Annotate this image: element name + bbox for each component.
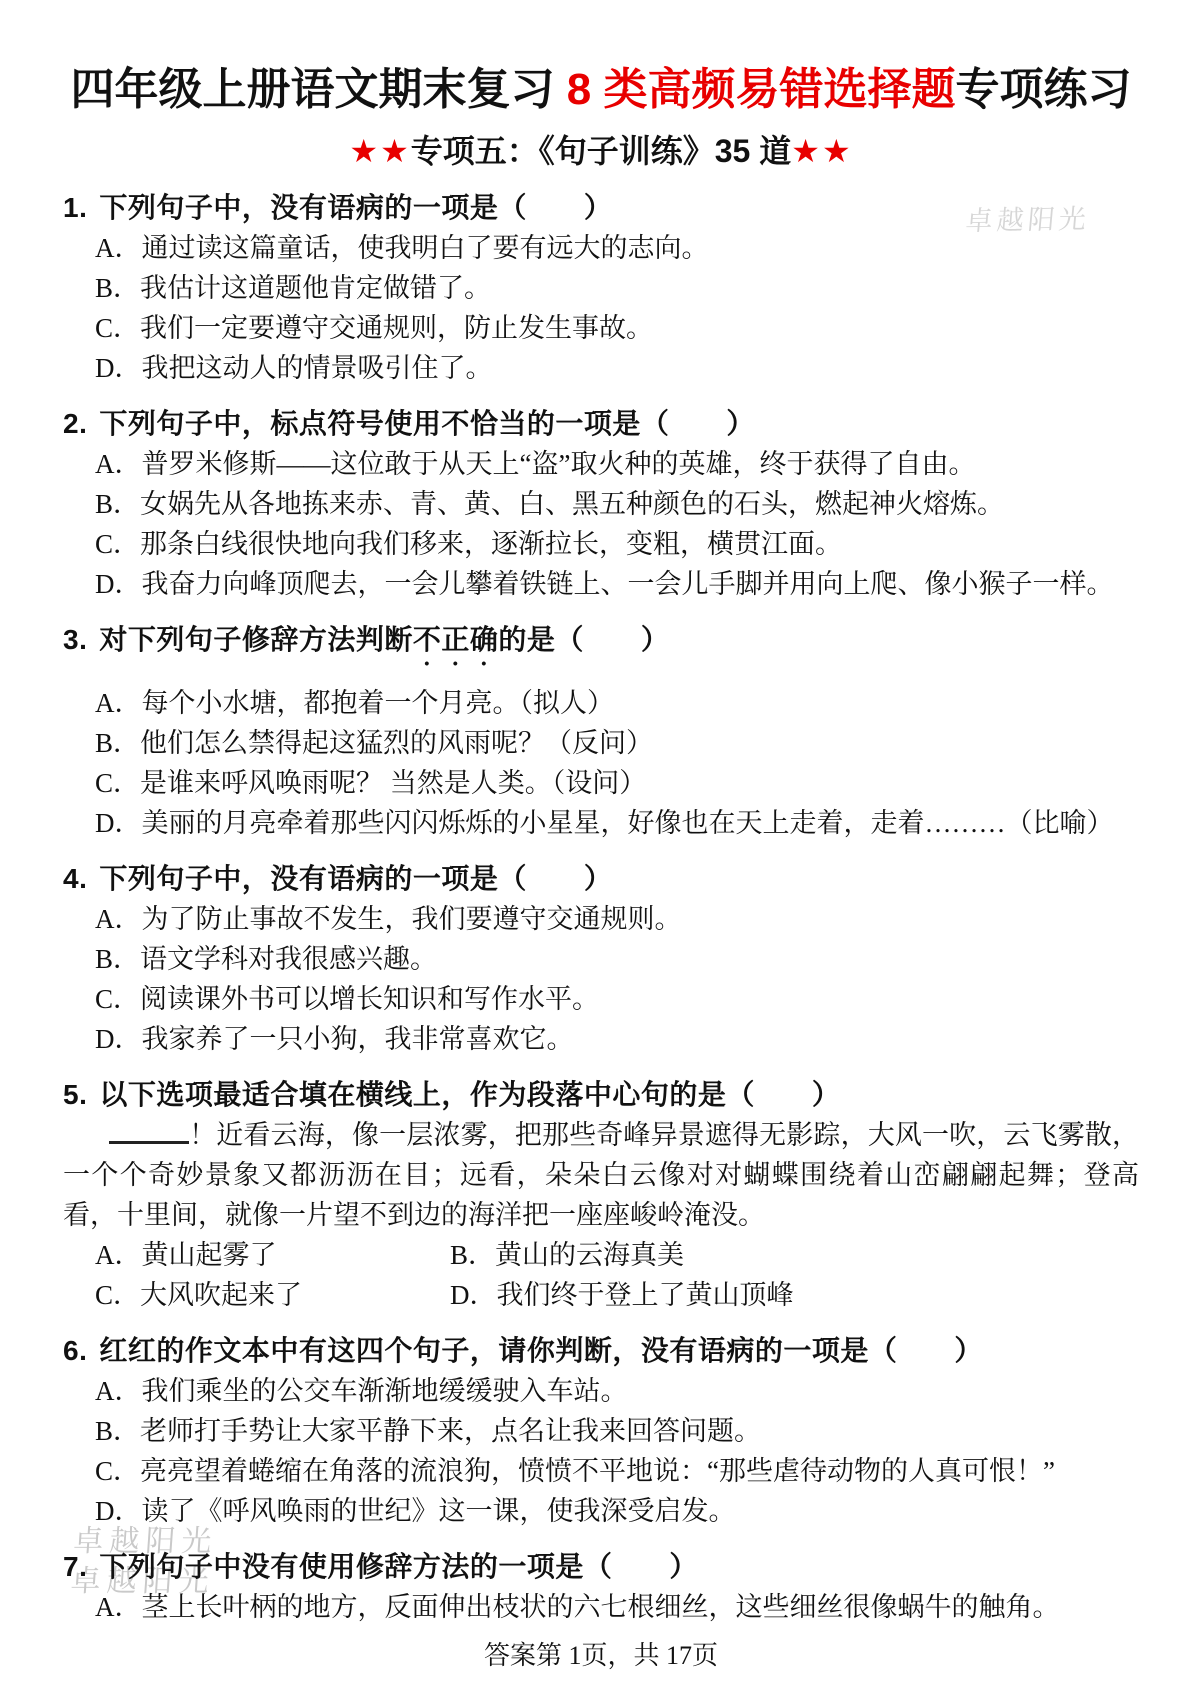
option: A．通过读这篇童话，使我明白了要有远大的志向。 bbox=[95, 228, 1139, 268]
question-6-stem: 6.红红的作文本中有这四个句子，请你判断，没有语病的一项是（ ） bbox=[63, 1331, 1139, 1371]
blank-line bbox=[109, 1117, 189, 1144]
option: A．我们乘坐的公交车渐渐地缓缓驶入车站。 bbox=[95, 1371, 1139, 1411]
option: B．语文学科对我很感兴趣。 bbox=[95, 939, 1139, 979]
option: C．我们一定要遵守交通规则，防止发生事故。 bbox=[95, 308, 1139, 348]
question-4: 4.下列句子中，没有语病的一项是（ ） A．为了防止事故不发生，我们要遵守交通规… bbox=[63, 859, 1139, 1059]
question-1-options: A．通过读这篇童话，使我明白了要有远大的志向。 B．我估计这道题他肯定做错了。 … bbox=[63, 228, 1139, 388]
question-1: 1.下列句子中，没有语病的一项是（ ） A．通过读这篇童话，使我明白了要有远大的… bbox=[63, 188, 1139, 388]
question-stem-text-emphasized: 不正确 bbox=[413, 624, 499, 655]
option: D．我奋力向峰顶爬去，一会儿攀着铁链上、一会儿手脚并用向上爬、像小猴子一样。 bbox=[95, 564, 1139, 604]
option: C．亮亮望着蜷缩在角落的流浪狗，愤愤不平地说：“那些虐待动物的人真可恨！” bbox=[95, 1451, 1139, 1491]
title-left: 四年级上册语文期末复习 bbox=[71, 65, 567, 114]
question-7: 7.下列句子中没有使用修辞方法的一项是（ ） A．茎上长叶柄的地方，反面伸出枝状… bbox=[63, 1547, 1139, 1627]
question-stem-text: 以下选项最适合填在横线上，作为段落中心句的是（ ） bbox=[99, 1079, 840, 1110]
option: D．我们终于登上了黄山顶峰 bbox=[450, 1275, 1139, 1315]
option: C．那条白线很快地向我们移来，逐渐拉长，变粗，横贯江面。 bbox=[95, 524, 1139, 564]
option: D．我家养了一只小狗，我非常喜欢它。 bbox=[95, 1019, 1139, 1059]
option: B．老师打手势让大家平静下来，点名让我来回答问题。 bbox=[95, 1411, 1139, 1451]
option: C．阅读课外书可以增长知识和写作水平。 bbox=[95, 979, 1139, 1019]
question-6: 6.红红的作文本中有这四个句子，请你判断，没有语病的一项是（ ） A．我们乘坐的… bbox=[63, 1331, 1139, 1531]
option: A．为了防止事故不发生，我们要遵守交通规则。 bbox=[95, 899, 1139, 939]
question-2-stem: 2.下列句子中，标点符号使用不恰当的一项是（ ） bbox=[63, 404, 1139, 444]
option: D．我把这动人的情景吸引住了。 bbox=[95, 348, 1139, 388]
question-7-options: A．茎上长叶柄的地方，反面伸出枝状的六七根细丝，这些细丝很像蜗牛的触角。 bbox=[63, 1587, 1139, 1627]
question-5-paragraph: ！近看云海，像一层浓雾，把那些奇峰异景遮得无影踪，大风一吹，云飞雾散，一个个奇妙… bbox=[63, 1115, 1139, 1235]
paragraph-text: ！近看云海，像一层浓雾，把那些奇峰异景遮得无影踪，大风一吹，云飞雾散，一个个奇妙… bbox=[63, 1120, 1139, 1230]
question-stem-text: 下列句子中，没有语病的一项是（ ） bbox=[99, 192, 612, 223]
subtitle-text: 专项五：《句子训练》35 道 bbox=[411, 133, 792, 169]
title-right: 专项练习 bbox=[955, 65, 1131, 114]
question-5-stem: 5.以下选项最适合填在横线上，作为段落中心句的是（ ） bbox=[63, 1075, 1139, 1115]
question-5-options: A．黄山起雾了 B．黄山的云海真美 C．大风吹起来了 D．我们终于登上了黄山顶峰 bbox=[63, 1235, 1139, 1315]
stars-right-icon: ★★ bbox=[791, 133, 852, 169]
question-3: 3.对下列句子修辞方法判断不正确的是（ ） A．每个小水塘，都抱着一个月亮。（拟… bbox=[63, 620, 1139, 843]
question-2: 2.下列句子中，标点符号使用不恰当的一项是（ ） A．普罗米修斯——这位敢于从天… bbox=[63, 404, 1139, 604]
option: A．普罗米修斯——这位敢于从天上“盗”取火种的英雄，终于获得了自由。 bbox=[95, 444, 1139, 484]
question-4-options: A．为了防止事故不发生，我们要遵守交通规则。 B．语文学科对我很感兴趣。 C．阅… bbox=[63, 899, 1139, 1059]
question-3-options: A．每个小水塘，都抱着一个月亮。（拟人） B．他们怎么禁得起这猛烈的风雨呢？（反… bbox=[63, 683, 1139, 843]
question-6-options: A．我们乘坐的公交车渐渐地缓缓驶入车站。 B．老师打手势让大家平静下来，点名让我… bbox=[63, 1371, 1139, 1531]
title-red-segment: 8 类高频易错选择题 bbox=[567, 65, 956, 114]
option: B．黄山的云海真美 bbox=[450, 1235, 1139, 1275]
option: D．读了《呼风唤雨的世纪》这一课，使我深受启发。 bbox=[95, 1491, 1139, 1531]
question-2-options: A．普罗米修斯——这位敢于从天上“盗”取火种的英雄，终于获得了自由。 B．女娲先… bbox=[63, 444, 1139, 604]
option: A．每个小水塘，都抱着一个月亮。（拟人） bbox=[95, 683, 1139, 723]
option: C．大风吹起来了 bbox=[95, 1275, 450, 1315]
question-number: 1. bbox=[63, 192, 87, 223]
question-4-stem: 4.下列句子中，没有语病的一项是（ ） bbox=[63, 859, 1139, 899]
stars-left-icon: ★★ bbox=[349, 133, 410, 169]
question-1-stem: 1.下列句子中，没有语病的一项是（ ） bbox=[63, 188, 1139, 228]
worksheet-page: 四年级上册语文期末复习 8 类高频易错选择题专项练习 ★★专项五：《句子训练》3… bbox=[0, 0, 1191, 1675]
option: D．美丽的月亮牵着那些闪闪烁烁的小星星，好像也在天上走着，走着………（比喻） bbox=[95, 803, 1139, 843]
page-title: 四年级上册语文期末复习 8 类高频易错选择题专项练习 bbox=[63, 64, 1139, 116]
question-number: 6. bbox=[63, 1335, 87, 1366]
question-number: 2. bbox=[63, 408, 87, 439]
question-stem-text: 下列句子中没有使用修辞方法的一项是（ ） bbox=[99, 1551, 698, 1582]
question-stem-text: 下列句子中，没有语病的一项是（ ） bbox=[99, 863, 612, 894]
page-footer: 答案第 1页，共 17页 bbox=[63, 1637, 1139, 1675]
question-stem-text-pre: 对下列句子修辞方法判断 bbox=[99, 624, 413, 655]
option: B．他们怎么禁得起这猛烈的风雨呢？（反问） bbox=[95, 723, 1139, 763]
option: B．女娲先从各地拣来赤、青、黄、白、黑五种颜色的石头，燃起神火熔炼。 bbox=[95, 484, 1139, 524]
question-stem-text: 红红的作文本中有这四个句子，请你判断，没有语病的一项是（ ） bbox=[99, 1335, 983, 1366]
page-subtitle: ★★专项五：《句子训练》35 道★★ bbox=[63, 130, 1139, 172]
question-stem-text-post: 的是（ ） bbox=[498, 624, 669, 655]
question-number: 5. bbox=[63, 1079, 87, 1110]
question-number: 3. bbox=[63, 624, 87, 655]
option: A．黄山起雾了 bbox=[95, 1235, 450, 1275]
question-number: 4. bbox=[63, 863, 87, 894]
option: C．是谁来呼风唤雨呢？ 当然是人类。（设问） bbox=[95, 763, 1139, 803]
question-5: 5.以下选项最适合填在横线上，作为段落中心句的是（ ） ！近看云海，像一层浓雾，… bbox=[63, 1075, 1139, 1315]
option: A．茎上长叶柄的地方，反面伸出枝状的六七根细丝，这些细丝很像蜗牛的触角。 bbox=[95, 1587, 1139, 1627]
question-number: 7. bbox=[63, 1551, 87, 1582]
question-7-stem: 7.下列句子中没有使用修辞方法的一项是（ ） bbox=[63, 1547, 1139, 1587]
question-stem-text: 下列句子中，标点符号使用不恰当的一项是（ ） bbox=[99, 408, 755, 439]
question-3-stem: 3.对下列句子修辞方法判断不正确的是（ ） bbox=[63, 620, 1139, 671]
option: B．我估计这道题他肯定做错了。 bbox=[95, 268, 1139, 308]
